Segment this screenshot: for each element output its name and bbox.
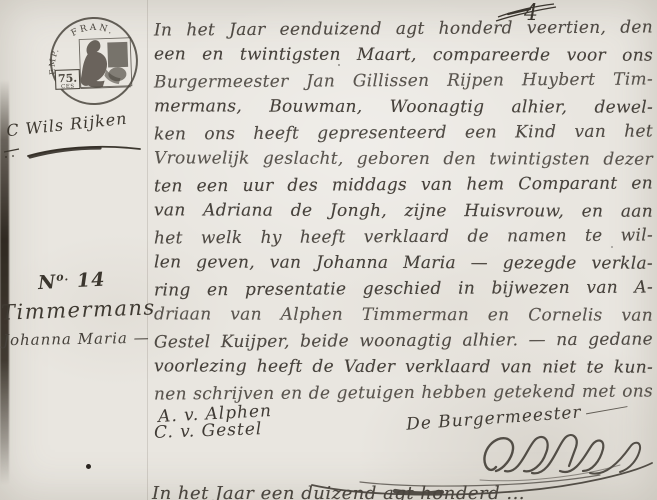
- body-line: het welk hy heeft verklaard de namen te …: [154, 222, 653, 251]
- body-line: In het Jaar eenduizend agt honderd veert…: [154, 14, 653, 43]
- registry-document-page: FRAN. EMP. 75. CES C Wils Rijken: [0, 0, 657, 500]
- act-number: No. 14: [37, 268, 106, 294]
- margin-rule-line: [147, 0, 148, 500]
- witness-signature-gestel: C. v. Gestel: [154, 419, 263, 443]
- ink-speck: [86, 464, 91, 469]
- act-number-value: 14: [76, 269, 106, 292]
- ink-speck: [338, 64, 340, 66]
- ink-speck: [611, 246, 613, 248]
- act-number-prefix: N: [37, 271, 57, 294]
- body-line: ring en presentatie geschied in bijwezen…: [154, 274, 653, 303]
- body-line: ten een uur des middags van hem Comparan…: [154, 170, 653, 199]
- empire-revenue-stamp: FRAN. EMP. 75. CES: [42, 12, 145, 113]
- svg-text:FRAN.: FRAN.: [69, 22, 116, 39]
- next-entry-partial-line: In het Jaar een duizend agt honderd ...: [152, 483, 525, 500]
- act-number-sup: o.: [56, 270, 70, 284]
- stamp-value-unit: CES: [61, 84, 75, 90]
- act-body-text: In het Jaar eenduizend agt honderd veert…: [154, 16, 653, 406]
- stamp-top-text: FRAN.: [69, 22, 116, 39]
- stamp-value-box: 75. CES: [55, 70, 80, 91]
- body-line: len geven, van Johanna Maria — gezegde v…: [154, 249, 653, 276]
- body-line: driaan van Alphen Timmerman en Cornelis …: [154, 301, 653, 328]
- book-binding-edge: [0, 0, 9, 500]
- body-line: van Adriana de Jongh, zijne Huisvrouw, e…: [154, 197, 653, 224]
- body-line: Gestel Kuijper, beide woonagtig alhier. …: [154, 326, 653, 355]
- margin-given-names: Johanna Maria —: [3, 329, 150, 350]
- body-line: ken ons heeft gepresenteerd een Kind van…: [154, 118, 653, 147]
- body-line: voorlezing heeft de Vader verklaard van …: [154, 353, 653, 380]
- body-line: Burgermeester Jan Gillissen Rijpen Huybe…: [154, 66, 653, 95]
- body-line: Vrouwelijk geslacht, geboren den twintig…: [154, 145, 653, 172]
- body-line: een en twintigsten Maart, compareerde vo…: [154, 41, 653, 68]
- body-line: mermans, Bouwman, Woonagtig alhier, dewe…: [154, 93, 653, 120]
- margin-surname: Timmermans: [1, 295, 157, 324]
- controller-signature-flourish: [0, 140, 146, 166]
- stamp-emblem-right: [103, 42, 128, 85]
- stamp-seated-figure: [79, 40, 108, 89]
